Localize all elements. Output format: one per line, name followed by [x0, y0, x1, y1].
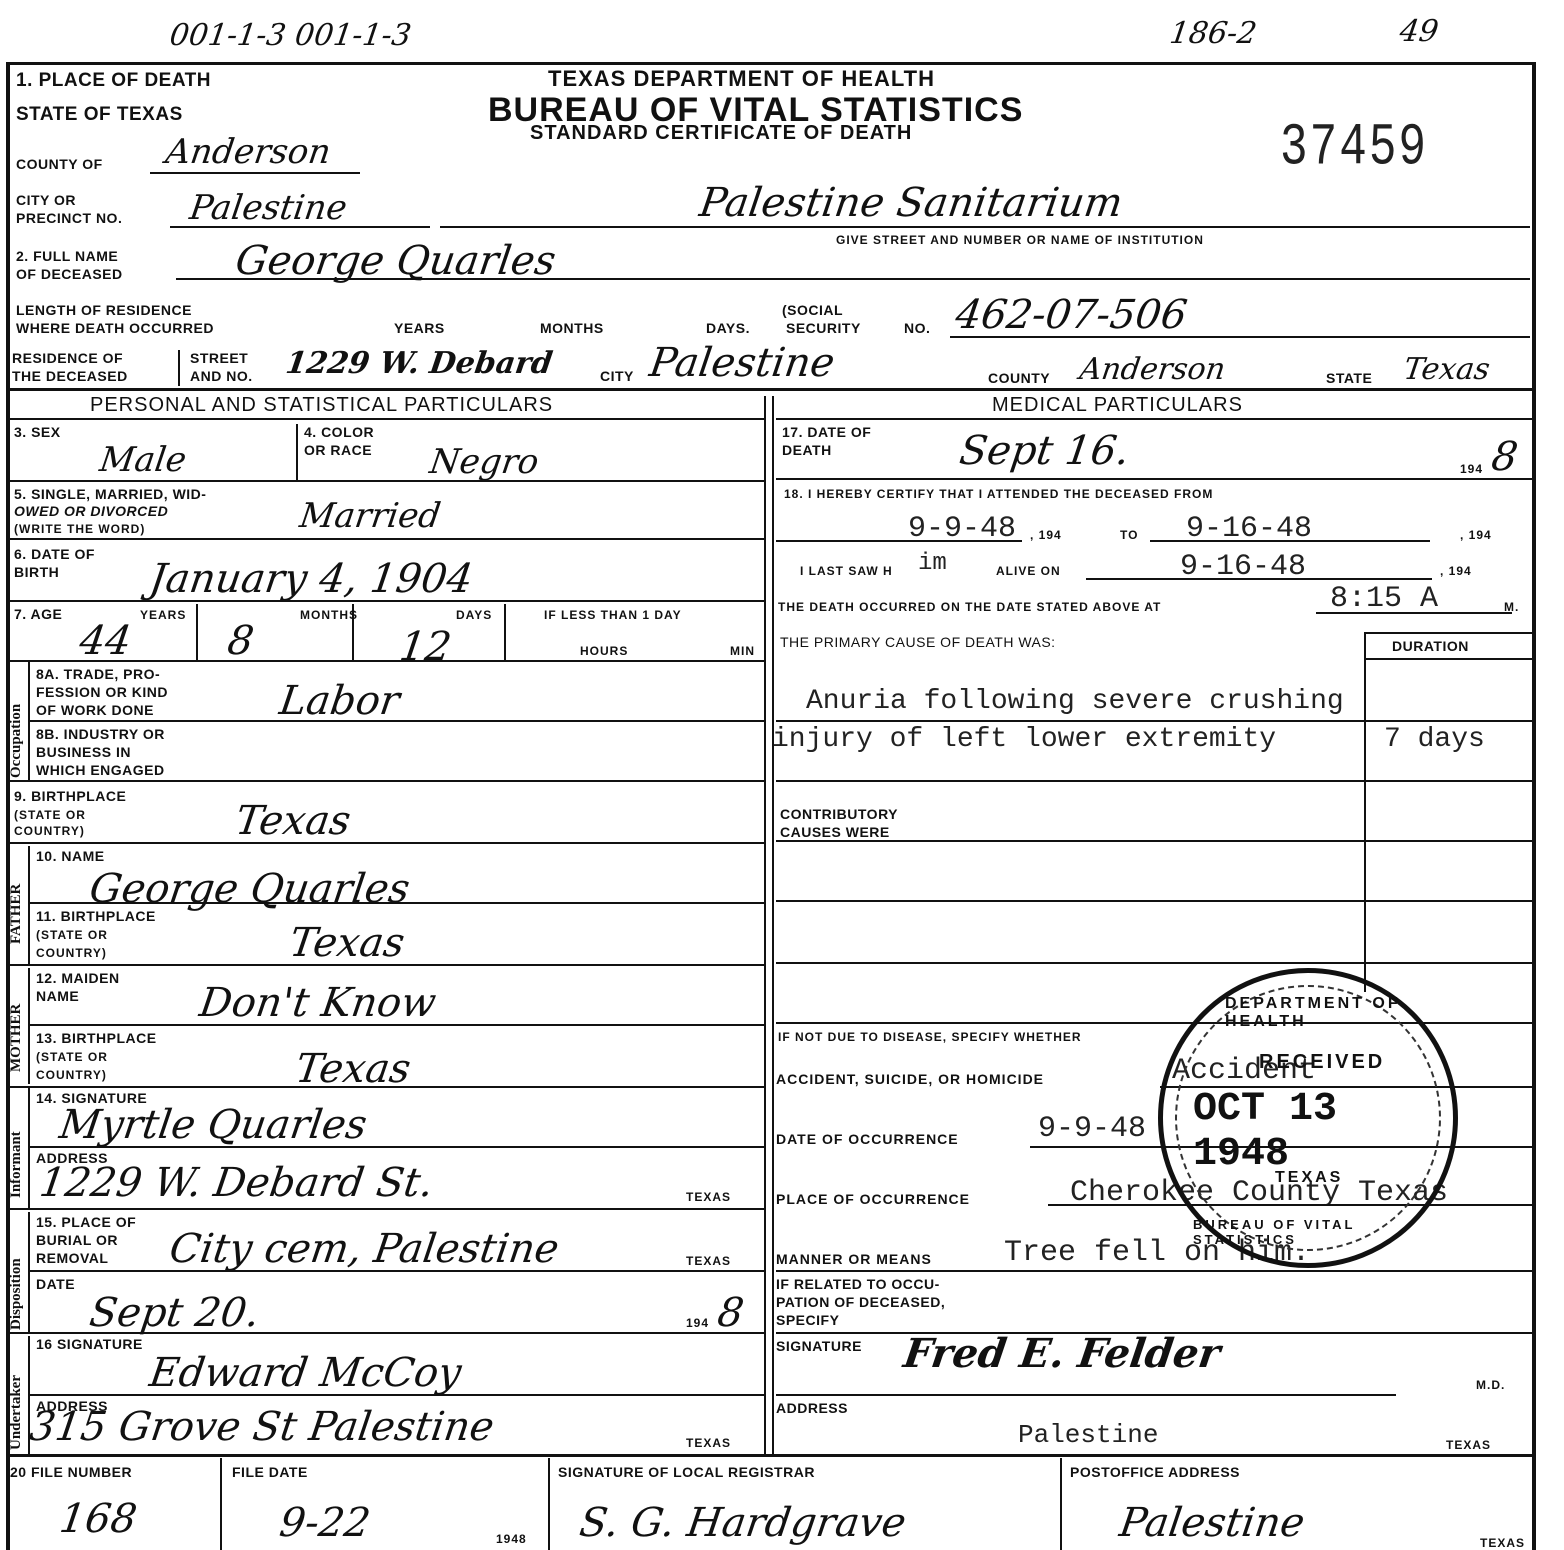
stamp-top-text: DEPARTMENT OF HEALTH	[1225, 995, 1453, 1031]
side-label-disposition: Disposition	[8, 1258, 25, 1330]
attended-from-line	[776, 540, 1022, 542]
row-line-6	[6, 600, 764, 602]
manner-label: MANNER OR MEANS	[776, 1252, 932, 1266]
years-label: YEARS	[394, 320, 445, 337]
street-value: 1229 W. Debard	[284, 346, 555, 381]
contributory-line-1	[776, 840, 1532, 842]
file-number-value: 168	[57, 1496, 140, 1542]
informant-side-divider	[28, 1088, 30, 1210]
physician-address-value: Palestine	[1018, 1420, 1158, 1450]
county-value: Anderson	[163, 132, 333, 172]
street-label-1: STREET	[190, 350, 248, 367]
father-side-divider	[28, 846, 30, 966]
occurrence-place-label: PLACE OF OCCURRENCE	[776, 1192, 970, 1206]
ss-number-value: 462-07-506	[953, 292, 1190, 338]
residence-county-value: Anderson	[1078, 352, 1228, 387]
residence-divider	[178, 350, 180, 386]
row-line-16a	[28, 1394, 764, 1396]
residence-label-2: THE DECEASED	[12, 368, 128, 385]
side-label-occupation: Occupation	[8, 704, 25, 778]
last-saw-label-1: I LAST SAW H	[800, 564, 893, 578]
occurrence-date-value: 9-9-48	[1038, 1112, 1146, 1146]
row-line-9	[6, 842, 764, 844]
bottom-section-line	[6, 1454, 1532, 1457]
dod-year-prefix: 194	[1460, 462, 1483, 476]
stamp-bottom-text: BUREAU OF VITAL STATISTICS	[1193, 1217, 1453, 1247]
attended-to-year: , 194	[1460, 528, 1492, 542]
row-line-8a	[28, 720, 764, 722]
occurrence-date-label: DATE OF OCCURRENCE	[776, 1132, 959, 1146]
stamp-state-text: TEXAS	[1275, 1169, 1343, 1187]
row-line-14b	[6, 1208, 764, 1210]
form-title: STANDARD CERTIFICATE OF DEATH	[530, 124, 912, 142]
duration-label: DURATION	[1392, 638, 1469, 655]
race-label-1: 4. COLOR	[304, 424, 374, 441]
burial-year-suffix: 8	[715, 1290, 747, 1336]
mother-birthplace-label-1: 13. BIRTHPLACE	[36, 1030, 157, 1047]
occurred-label: THE DEATH OCCURRED ON THE DATE STATED AB…	[778, 600, 1161, 614]
burial-texas-label: TEXAS	[686, 1254, 731, 1268]
file-date-value: 9-22	[277, 1500, 373, 1546]
hours-label: HOURS	[580, 644, 628, 658]
burial-date-value: Sept 20.	[87, 1290, 263, 1336]
residence-line	[6, 388, 1532, 391]
burial-date-label: DATE	[36, 1276, 75, 1293]
institution-caption: GIVE STREET AND NUMBER OR NAME OF INSTIT…	[836, 233, 1204, 247]
cause-line-2: injury of left lower extremity	[772, 724, 1276, 755]
department-title: TEXAS DEPARTMENT OF HEALTH	[548, 70, 935, 88]
time-value: 8:15 A	[1330, 582, 1438, 616]
full-name-label-2: OF DECEASED	[16, 266, 123, 283]
duration-header-line	[1364, 658, 1532, 660]
ss-label-2: SECURITY	[786, 320, 861, 337]
m-label: M.	[1504, 600, 1519, 614]
age-months-label: MONTHS	[300, 608, 358, 622]
dod-year-suffix: 8	[1489, 434, 1521, 480]
dod-label-2: DEATH	[782, 442, 832, 459]
duration-top-line	[1364, 632, 1532, 634]
footer-divider-1	[220, 1458, 222, 1550]
county-label: COUNTY OF	[16, 156, 103, 173]
age-label: 7. AGE	[14, 606, 62, 623]
industry-label-2: BUSINESS IN	[36, 744, 131, 761]
row-line-15a	[28, 1270, 764, 1272]
age-days-value: 12	[397, 624, 454, 670]
postoffice-label: POSTOFFICE ADDRESS	[1070, 1464, 1240, 1481]
county-line	[150, 172, 360, 174]
race-value: Negro	[427, 442, 541, 482]
footer-divider-3	[1060, 1458, 1062, 1550]
name-line	[176, 278, 1530, 280]
row-line-3	[6, 480, 764, 482]
residence-length-label-1: LENGTH OF RESIDENCE	[16, 302, 192, 319]
residence-length-label-2: WHERE DEATH OCCURRED	[16, 320, 214, 337]
age-days-label: DAYS	[456, 608, 492, 622]
industry-label-1: 8B. INDUSTRY OR	[36, 726, 165, 743]
manner-line	[776, 1270, 1532, 1272]
side-label-father: FATHER	[8, 884, 25, 944]
contributory-line-3	[776, 962, 1532, 964]
stamp-date: OCT 13 1948	[1193, 1087, 1453, 1177]
row-line-10	[28, 902, 764, 904]
min-label: MIN	[730, 644, 755, 658]
marital-value: Married	[297, 496, 443, 536]
street-label-2: AND NO.	[190, 368, 253, 385]
mother-name-label-2: NAME	[36, 988, 79, 1005]
informant-texas-label: TEXAS	[686, 1190, 731, 1204]
mother-birthplace-label-2: (STATE OR	[36, 1050, 108, 1064]
city-label: CITY	[600, 368, 634, 385]
city-label-1: CITY OR	[16, 192, 76, 209]
file-annotation-left: 001-1-3 001-1-3	[168, 18, 414, 53]
age-years-value: 44	[77, 618, 134, 664]
file-date-label: FILE DATE	[232, 1464, 308, 1481]
father-name-value: George Quarles	[87, 866, 413, 912]
sex-value: Male	[97, 440, 189, 480]
not-disease-label: IF NOT DUE TO DISEASE, SPECIFY WHETHER	[778, 1030, 1082, 1044]
personal-title-line	[6, 418, 764, 420]
father-birthplace-value: Texas	[287, 920, 408, 966]
cause-line-2-rule	[776, 780, 1532, 782]
row-line-7	[6, 660, 764, 662]
full-name-label-1: 2. FULL NAME	[16, 248, 118, 265]
informant-signature-value[interactable]: Myrtle Quarles	[57, 1102, 370, 1148]
undertaker-signature-label: 16 SIGNATURE	[36, 1336, 143, 1353]
last-saw-year: , 194	[1440, 564, 1472, 578]
to-label: TO	[1120, 528, 1138, 542]
occupation-related-label-3: SPECIFY	[776, 1312, 839, 1329]
father-birthplace-label-2: (STATE OR	[36, 928, 108, 942]
city-value: Palestine	[187, 188, 349, 228]
row-line-15b	[6, 1332, 764, 1334]
cause-line-1-rule	[776, 720, 1532, 722]
postoffice-value: Palestine	[1117, 1500, 1308, 1546]
physician-address-label: ADDRESS	[776, 1400, 848, 1417]
dob-label-2: BIRTH	[14, 564, 59, 581]
birthplace-label-1: 9. BIRTHPLACE	[14, 788, 126, 805]
city-label-2: PRECINCT NO.	[16, 210, 122, 227]
industry-label-3: WHICH ENGAGED	[36, 762, 165, 779]
stamp-received-text: RECEIVED	[1259, 1051, 1385, 1074]
occupation-related-label-1: IF RELATED TO OCCU-	[776, 1276, 940, 1293]
days-label: DAYS.	[706, 320, 750, 337]
dod-value: Sept 16.	[957, 428, 1133, 474]
contributory-label-1: CONTRIBUTORY	[780, 806, 898, 823]
file-year: 1948	[496, 1532, 527, 1546]
contributory-label-2: CAUSES WERE	[780, 824, 890, 841]
registrar-signature-value[interactable]: S. G. Hardgrave	[577, 1500, 909, 1546]
md-label: M.D.	[1476, 1378, 1505, 1392]
disposition-side-divider	[28, 1212, 30, 1334]
age-divider-3	[504, 604, 506, 660]
institution-value: Palestine Sanitarium	[697, 180, 1126, 226]
medical-title-line	[776, 418, 1532, 420]
attended-to-line	[1150, 540, 1430, 542]
birthplace-label-3: COUNTRY)	[14, 824, 85, 838]
postoffice-texas-label: TEXAS	[1480, 1536, 1525, 1550]
burial-label-3: REMOVAL	[36, 1250, 108, 1267]
burial-label-2: BURIAL OR	[36, 1232, 118, 1249]
age-months-value: 8	[225, 618, 257, 664]
file-annotation-right-2: 49	[1398, 14, 1441, 49]
row-line-17	[776, 478, 1532, 480]
mother-name-label-1: 12. MAIDEN	[36, 970, 120, 987]
place-of-death-label: 1. PLACE OF DEATH	[16, 72, 211, 90]
race-label-2: OR RACE	[304, 442, 372, 459]
occupation-related-label-2: PATION OF DECEASED,	[776, 1294, 945, 1311]
row-line-14a	[28, 1146, 764, 1148]
sex-label: 3. SEX	[14, 424, 61, 441]
border-right	[1532, 62, 1536, 1550]
physician-signature-label: SIGNATURE	[776, 1338, 862, 1355]
dob-value: January 4, 1904	[147, 556, 476, 602]
dod-label-1: 17. DATE OF	[782, 424, 871, 441]
undertaker-signature-value[interactable]: Edward McCoy	[147, 1350, 464, 1396]
physician-signature-line	[776, 1394, 1396, 1396]
institution-line	[440, 226, 1530, 228]
received-stamp: DEPARTMENT OF HEALTH RECEIVED OCT 13 194…	[1158, 968, 1458, 1268]
ss-label-1: (SOCIAL	[782, 302, 843, 319]
side-label-undertaker: Undertaker	[8, 1375, 25, 1450]
marital-label-3: (WRITE THE WORD)	[14, 522, 145, 536]
age-divider-2	[352, 604, 354, 660]
file-annotation-right-1: 186-2	[1168, 16, 1259, 51]
trade-label-2: FESSION OR KIND	[36, 684, 168, 701]
row-line-12	[28, 1024, 764, 1026]
accident-label: ACCIDENT, SUICIDE, OR HOMICIDE	[776, 1072, 1044, 1086]
primary-cause-label: THE PRIMARY CAUSE OF DEATH WAS:	[780, 634, 1056, 651]
row-line-13	[6, 1086, 764, 1088]
column-divider-2	[772, 396, 774, 1454]
column-divider-1	[764, 396, 766, 1454]
residence-city-value: Palestine	[647, 340, 838, 386]
undertaker-address-value: 315 Grove St Palestine	[27, 1404, 497, 1450]
footer-divider-2	[548, 1458, 550, 1550]
less-than-day-label: IF LESS THAN 1 DAY	[544, 608, 682, 622]
contributory-line-2	[776, 900, 1532, 902]
sex-race-divider	[296, 424, 298, 480]
physician-signature-value[interactable]: Fred E. Felder	[901, 1330, 1223, 1377]
trade-label-1: 8A. TRADE, PRO-	[36, 666, 160, 683]
duration-divider	[1364, 632, 1366, 992]
burial-place-value: City cem, Palestine	[167, 1226, 562, 1272]
ss-line	[950, 336, 1530, 338]
row-line-8b	[6, 780, 764, 782]
residence-county-label: COUNTY	[988, 370, 1050, 387]
father-birthplace-label-3: COUNTRY)	[36, 946, 107, 960]
last-saw-label-2: ALIVE ON	[996, 564, 1061, 578]
certify-label: 18. I HEREBY CERTIFY THAT I ATTENDED THE…	[784, 487, 1213, 501]
marital-label-1: 5. SINGLE, MARRIED, WID-	[14, 486, 206, 503]
duration-value: 7 days	[1384, 724, 1485, 755]
cause-line-1: Anuria following severe crushing	[806, 686, 1344, 717]
attended-from-year: , 194	[1030, 528, 1062, 542]
personal-section-title: PERSONAL AND STATISTICAL PARTICULARS	[90, 396, 553, 414]
father-name-label: 10. NAME	[36, 848, 105, 865]
age-divider-1	[196, 604, 198, 660]
last-saw-pronoun: im	[918, 550, 947, 577]
certificate-number: 37459	[1280, 114, 1428, 182]
birthplace-value: Texas	[233, 798, 354, 844]
residence-state-value: Texas	[1402, 352, 1493, 387]
last-saw-line	[1086, 578, 1432, 580]
city-line	[170, 226, 430, 228]
birthplace-label-2: (STATE OR	[14, 808, 86, 822]
residence-label-1: RESIDENCE OF	[12, 350, 123, 367]
burial-year-prefix: 194	[686, 1316, 709, 1330]
mother-side-divider	[28, 968, 30, 1084]
ss-no-label: NO.	[904, 320, 930, 337]
father-birthplace-label-1: 11. BIRTHPLACE	[36, 908, 156, 925]
side-label-mother: MOTHER	[8, 1004, 25, 1072]
row-line-11	[6, 964, 764, 966]
mother-name-value: Don't Know	[197, 980, 439, 1026]
physician-texas-label: TEXAS	[1446, 1438, 1491, 1452]
border-top	[6, 62, 1536, 65]
dob-label-1: 6. DATE OF	[14, 546, 95, 563]
undertaker-texas-label: TEXAS	[686, 1436, 731, 1450]
side-label-informant: Informant	[8, 1131, 25, 1198]
age-years-label: YEARS	[140, 608, 186, 622]
informant-address-value: 1229 W. Debard St.	[37, 1160, 436, 1206]
residence-state-label: STATE	[1326, 370, 1372, 387]
marital-label-2: OWED OR DIVORCED	[14, 503, 168, 520]
time-line	[1316, 612, 1512, 614]
registrar-label: SIGNATURE OF LOCAL REGISTRAR	[558, 1464, 815, 1481]
row-line-5	[6, 538, 764, 540]
months-label: MONTHS	[540, 320, 604, 337]
file-number-label: 20 FILE NUMBER	[10, 1464, 132, 1481]
state-label: STATE OF TEXAS	[16, 106, 183, 124]
trade-value: Labor	[277, 678, 403, 724]
medical-section-title: MEDICAL PARTICULARS	[992, 396, 1243, 414]
burial-label-1: 15. PLACE OF	[36, 1214, 136, 1231]
trade-label-3: OF WORK DONE	[36, 702, 154, 719]
mother-birthplace-label-3: COUNTRY)	[36, 1068, 107, 1082]
